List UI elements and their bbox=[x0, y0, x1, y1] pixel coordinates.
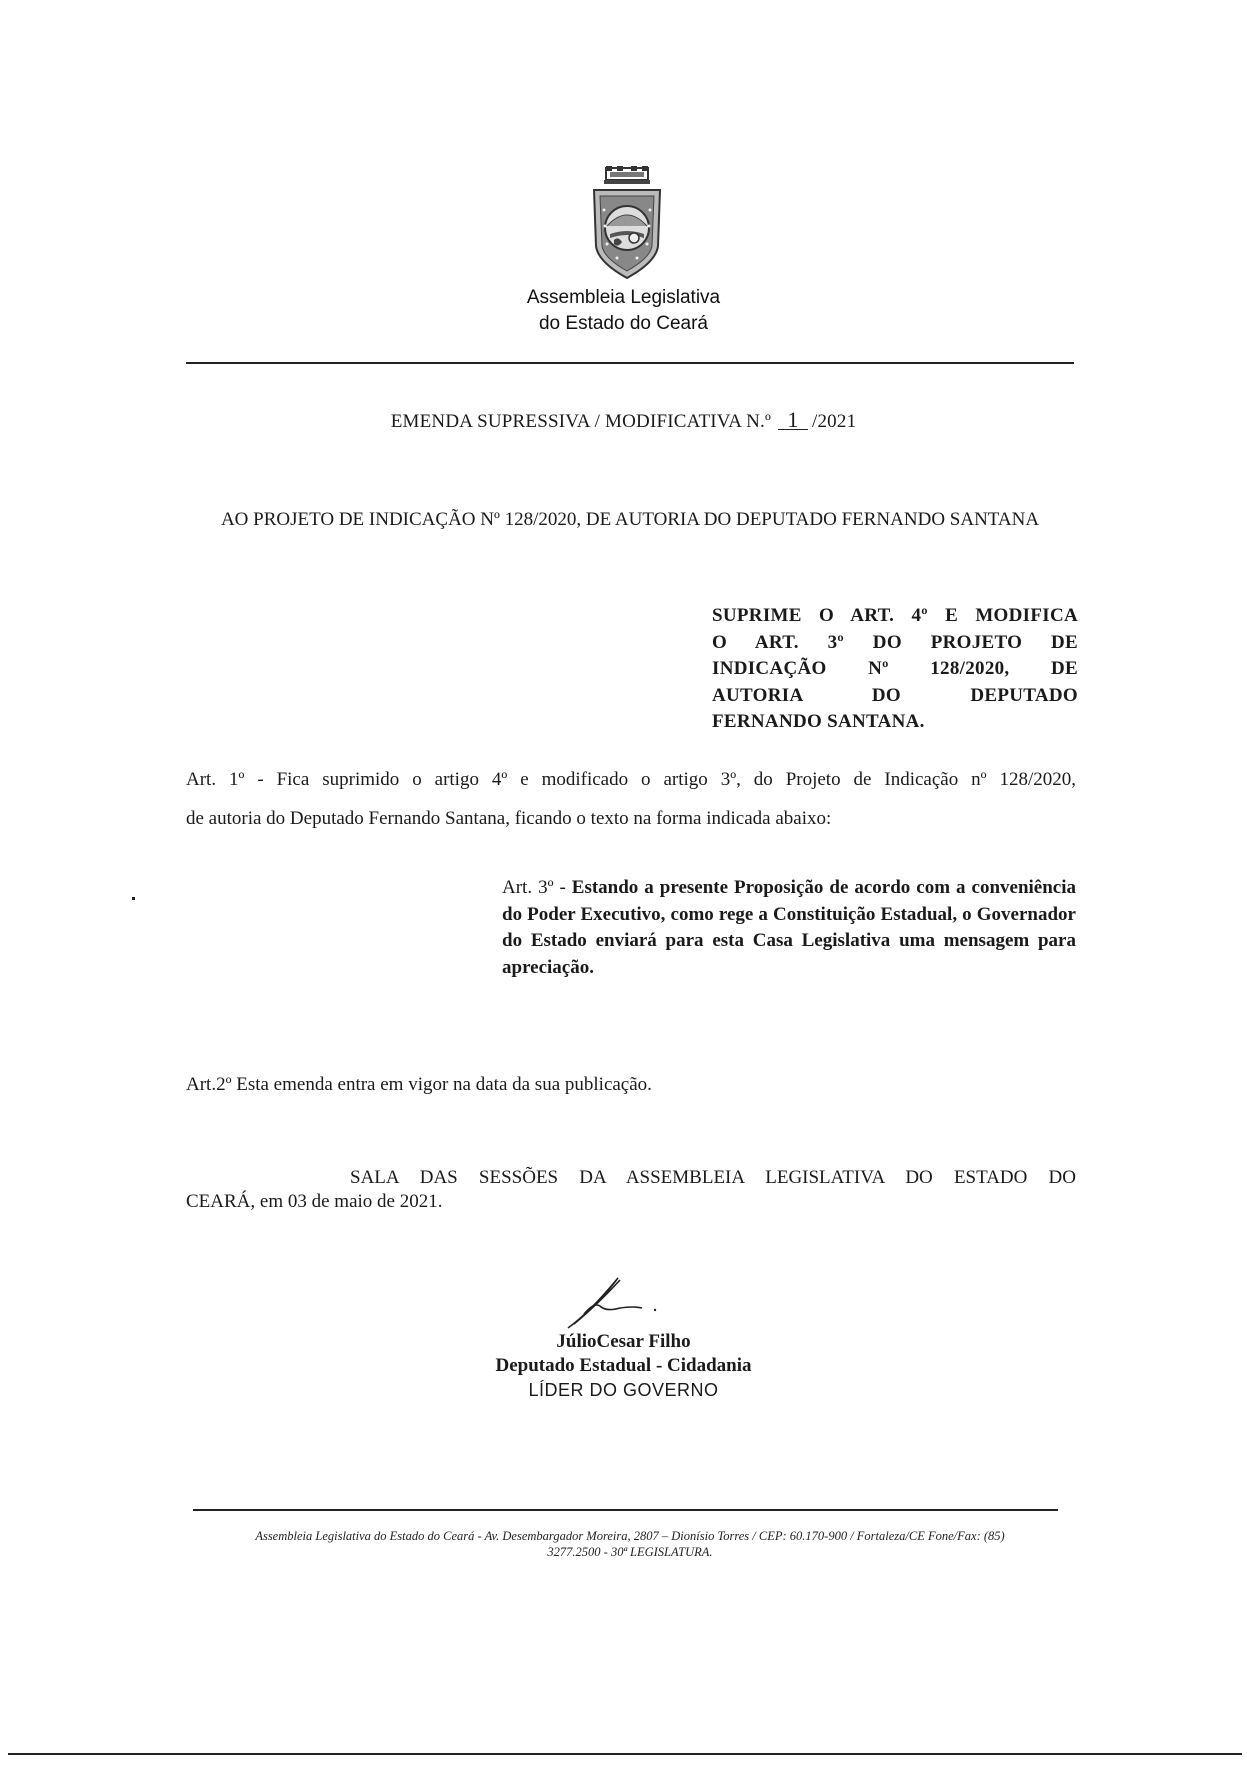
institution-state: do Estado do Ceará bbox=[0, 313, 1247, 335]
ementa-line: SUPRIME O ART. 4º E MODIFICA bbox=[712, 603, 1078, 630]
page-bottom-edge bbox=[8, 1753, 1242, 1755]
amendment-number: 1 bbox=[778, 411, 808, 430]
signatory-name: JúlioCesar Filho bbox=[0, 1331, 1247, 1353]
footer-address: Assembleia Legislativa do Estado do Cear… bbox=[180, 1528, 1080, 1560]
signatory-title: LÍDER DO GOVERNO bbox=[0, 1380, 1247, 1401]
footer-divider bbox=[193, 1509, 1058, 1511]
article-2: Art.2º Esta emenda entra em vigor na dat… bbox=[186, 1074, 652, 1096]
closing-line: SALA DAS SESSÕES DA ASSEMBLEIA LEGISLATI… bbox=[186, 1166, 1076, 1190]
footer-line: Assembleia Legislativa do Estado do Cear… bbox=[180, 1528, 1080, 1544]
signatory-role: Deputado Estadual - Cidadania bbox=[0, 1355, 1247, 1377]
article-1-line: Art. 1º - Fica suprimido o artigo 4º e m… bbox=[186, 760, 1076, 799]
document-title: EMENDA SUPRESSIVA / MODIFICATIVA N.º 1/2… bbox=[0, 411, 1247, 433]
scan-artifact-dot bbox=[132, 897, 135, 900]
article-3-quote: Art. 3º - Estando a presente Proposição … bbox=[502, 875, 1076, 981]
article-1: Art. 1º - Fica suprimido o artigo 4º e m… bbox=[186, 760, 1076, 838]
ementa-line: INDICAÇÃO Nº 128/2020, DE bbox=[712, 656, 1078, 683]
article-3-text: Estando a presente Proposição de acordo … bbox=[502, 877, 1076, 978]
ceara-coat-of-arms-icon bbox=[592, 166, 662, 284]
closing-date: , em 03 de maio de 2021. bbox=[250, 1191, 442, 1212]
article-3-label: Art. 3º - bbox=[502, 877, 566, 898]
ementa-line: FERNANDO SANTANA. bbox=[712, 709, 1078, 736]
header-divider bbox=[186, 362, 1074, 364]
ementa-line: AUTORIA DO DEPUTADO bbox=[712, 683, 1078, 710]
title-suffix: /2021 bbox=[812, 411, 856, 432]
ementa-block: SUPRIME O ART. 4º E MODIFICA O ART. 3º D… bbox=[712, 603, 1078, 736]
closing-statement: SALA DAS SESSÕES DA ASSEMBLEIA LEGISLATI… bbox=[186, 1166, 1076, 1214]
institution-name: Assembleia Legislativa bbox=[0, 287, 1247, 309]
handwritten-signature-icon bbox=[560, 1272, 680, 1332]
document-subtitle: AO PROJETO DE INDICAÇÃO Nº 128/2020, DE … bbox=[180, 506, 1080, 534]
footer-line: 3277.2500 - 30ª LEGISLATURA. bbox=[180, 1544, 1080, 1560]
title-prefix: EMENDA SUPRESSIVA / MODIFICATIVA N.º bbox=[391, 411, 771, 432]
article-1-line: de autoria do Deputado Fernando Santana,… bbox=[186, 808, 831, 829]
ementa-line: O ART. 3º DO PROJETO DE bbox=[712, 630, 1078, 657]
closing-place: CEARÁ bbox=[186, 1191, 250, 1212]
